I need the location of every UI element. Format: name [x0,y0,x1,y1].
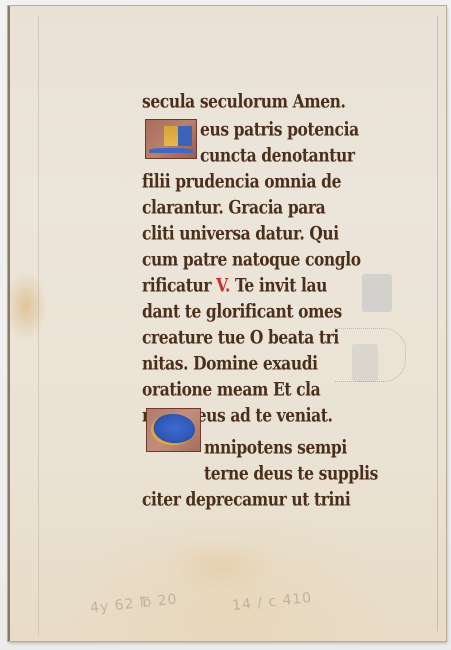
rubric-versicle: V. [216,274,230,296]
text-line: oratione meam Et cla [142,378,320,404]
text-line: nitas. Domine exaudi [142,352,318,378]
offset-stain [362,274,392,312]
pencil-marginalia: 14 / c 410 [231,590,313,614]
text-line: cum patre natoque conglo [142,248,361,274]
gold-blue-letterform [151,414,195,445]
text-line: terne deus te supplis [204,462,378,488]
text-line: dant te glorificant omes [142,300,342,326]
photo-background: secula seculorum Amen. eus patris potenc… [0,0,451,650]
text-line: creature tue O beata tri [142,326,339,352]
illuminated-initial-o [146,408,201,452]
text-line: citer deprecamur ut trini [142,488,350,514]
text-line: secula seculorum Amen. [142,90,346,116]
text-segment: rificatur [142,274,216,296]
pencil-marginalia: 4y 62 ℔ 20 [89,591,178,616]
leaf-edge [437,16,438,631]
text-line: clarantur. Gracia para [142,196,325,222]
text-segment: Te invit lau [230,274,327,296]
text-line: filii prudencia omnia de [142,170,341,196]
illuminated-initial-d [145,119,197,159]
pen-flourish [335,328,406,382]
text-line: eus patris potencia [200,118,359,144]
leaf-ruling [38,16,39,636]
text-line: rificatur V. Te invit lau [142,274,327,300]
gold-leaf-panel [164,126,178,146]
blue-band [149,148,193,153]
blue-panel [178,126,192,146]
text-line: cuncta denotantur [200,144,355,170]
manuscript-leaf: secula seculorum Amen. eus patris potenc… [8,6,446,641]
text-line: cliti universa datur. Qui [142,222,339,248]
text-line: mnipotens sempi [204,436,347,462]
